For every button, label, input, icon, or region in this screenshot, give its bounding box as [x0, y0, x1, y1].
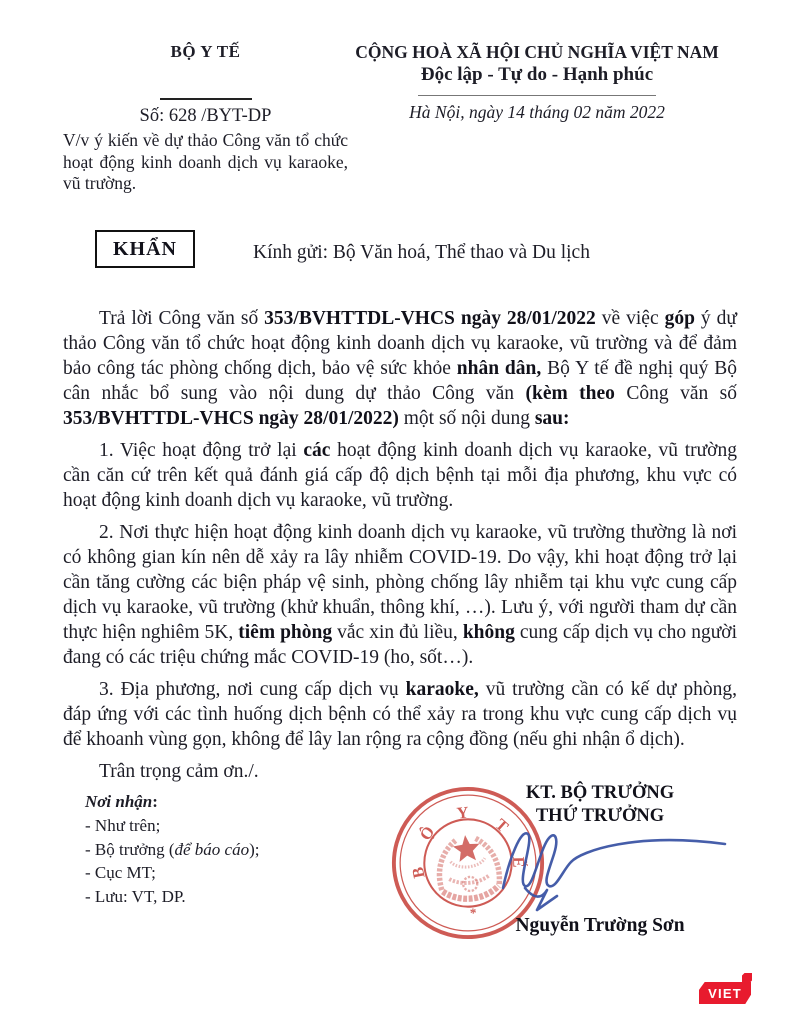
header-left-divider: [160, 98, 252, 100]
text-run: về việc: [596, 308, 665, 329]
text-run: một số nội dung: [399, 408, 535, 429]
document-subject: V/v ý kiến về dự thảo Công văn tổ chức h…: [63, 130, 348, 195]
text-run: góp: [665, 308, 695, 329]
body-paragraph: 1. Việc hoạt động trở lại các hoạt động …: [63, 438, 737, 513]
text-run: Trả lời Công văn số: [99, 308, 264, 329]
text-run: 1. Việc hoạt động trở lại: [99, 440, 303, 461]
national-title: CỘNG HOÀ XÃ HỘI CHỦ NGHĨA VIỆT NAM: [337, 42, 737, 63]
text-run: Công văn số: [615, 383, 737, 404]
signer-name: Nguyễn Trường Sơn: [470, 915, 730, 937]
text-run: các: [303, 440, 330, 461]
text-run: );: [249, 840, 259, 859]
national-motto: Độc lập - Tự do - Hạnh phúc: [337, 64, 737, 86]
brand-label: VIET: [708, 986, 742, 1001]
recipients-title-colon: :: [152, 792, 158, 811]
recipients-block: Nơi nhận: - Như trên;- Bộ trưởng (để báo…: [85, 792, 259, 908]
text-run: vắc xin đủ liều,: [332, 622, 463, 643]
brand-badge: VIET: [699, 973, 759, 1005]
text-run: 353/BVHTTDL-VHCS ngày 28/01/2022: [264, 308, 596, 329]
urgency-stamp: KHẨN: [95, 230, 195, 268]
text-run: - Bộ trưởng (: [85, 840, 175, 859]
recipient-item: - Cục MT;: [85, 861, 259, 885]
document-page: BỘ Y TẾ Số: 628 /BYT-DP V/v ý kiến về dự…: [0, 0, 800, 1016]
text-run: nhân dân,: [457, 358, 542, 379]
header-left-block: BỘ Y TẾ Số: 628 /BYT-DP V/v ý kiến về dự…: [63, 42, 348, 195]
text-run: karaoke,: [406, 679, 479, 700]
text-run: tiêm phòng: [238, 622, 332, 643]
place-and-date: Hà Nội, ngày 14 tháng 02 năm 2022: [337, 102, 737, 123]
issuing-org: BỘ Y TẾ: [63, 42, 348, 62]
seal-letter: Ộ: [416, 822, 439, 843]
urgency-label: KHẨN: [113, 238, 177, 261]
seal-letter: B: [408, 865, 429, 879]
recipient-item: - Bộ trưởng (để báo cáo);: [85, 838, 259, 862]
text-run: để báo cáo: [175, 840, 250, 859]
recipients-title-text: Nơi nhận: [85, 792, 152, 811]
brand-plate: VIET: [699, 982, 751, 1004]
seal-letter: Y: [456, 802, 470, 822]
recipients-title: Nơi nhận:: [85, 792, 259, 812]
text-run: - Như trên;: [85, 816, 160, 835]
recipient-item: - Như trên;: [85, 814, 259, 838]
text-run: sau:: [535, 408, 570, 429]
document-number: Số: 628 /BYT-DP: [63, 106, 348, 127]
text-run: (kèm theo: [525, 383, 614, 404]
text-run: - Cục MT;: [85, 863, 156, 882]
header-right-divider: [418, 95, 656, 96]
body-paragraph: 3. Địa phương, nơi cung cấp dịch vụ kara…: [63, 677, 737, 752]
text-run: 353/BVHTTDL-VHCS ngày 28/01/2022): [63, 408, 399, 429]
body-paragraph: Trả lời Công văn số 353/BVHTTDL-VHCS ngà…: [63, 306, 737, 431]
text-run: 3. Địa phương, nơi cung cấp dịch vụ: [99, 679, 406, 700]
body-paragraph: Trân trọng cảm ơn./.: [63, 759, 737, 784]
body: Trả lời Công văn số 353/BVHTTDL-VHCS ngà…: [63, 306, 737, 791]
text-run: không: [463, 622, 515, 643]
brand-flag-icon: [742, 973, 752, 983]
text-run: - Lưu: VT, DP.: [85, 887, 186, 906]
recipient-item: - Lưu: VT, DP.: [85, 885, 259, 909]
seal-emblem: [435, 832, 501, 902]
handwritten-signature: [495, 800, 730, 912]
body-paragraph: 2. Nơi thực hiện hoạt động kinh doanh dị…: [63, 520, 737, 670]
recipient-line: Kính gửi: Bộ Văn hoá, Thể thao và Du lịc…: [253, 242, 590, 264]
header-right-block: CỘNG HOÀ XÃ HỘI CHỦ NGHĨA VIỆT NAM Độc l…: [337, 42, 737, 123]
text-run: Trân trọng cảm ơn./.: [99, 761, 259, 782]
recipients-list: - Như trên;- Bộ trưởng (để báo cáo);- Cụ…: [85, 814, 259, 908]
